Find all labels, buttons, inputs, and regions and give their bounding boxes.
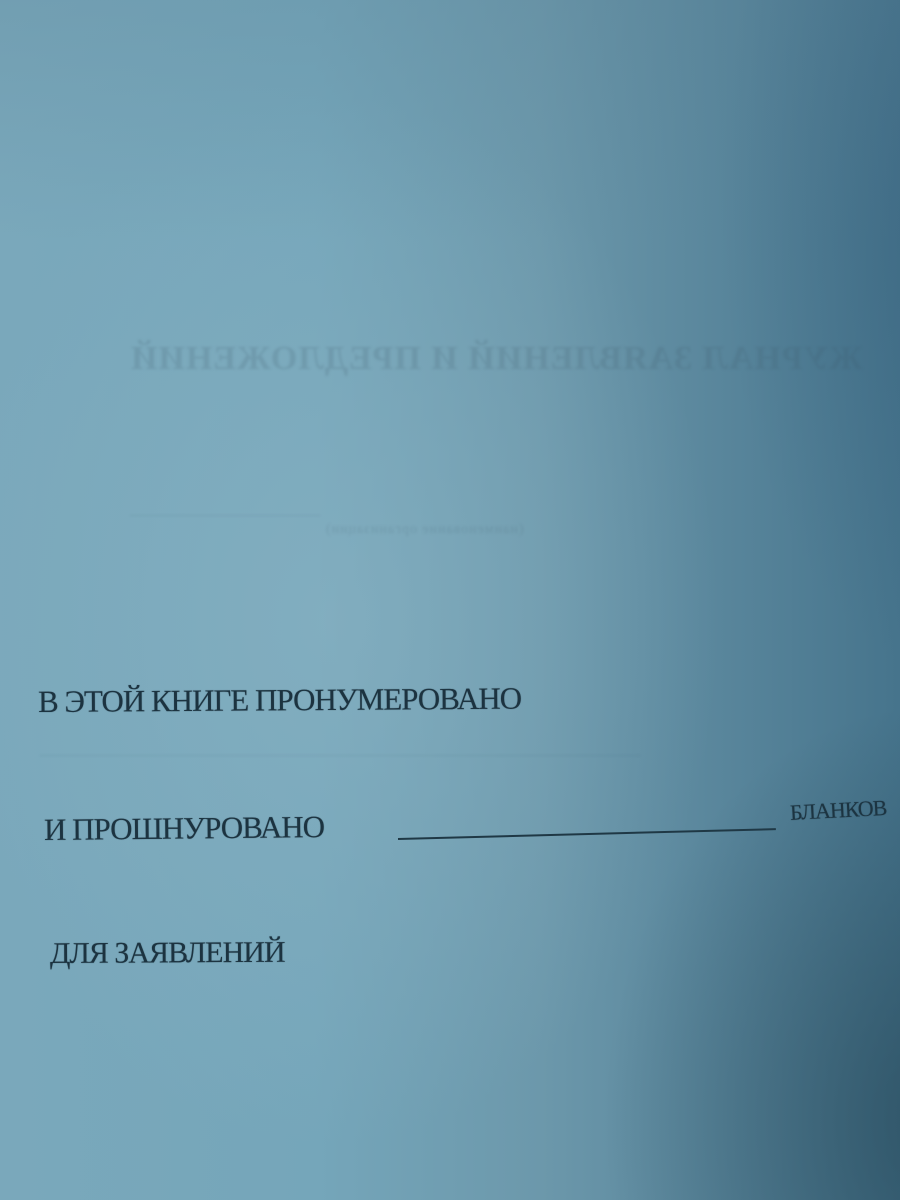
bleed-through-rule	[40, 755, 640, 756]
bleed-through-title: ЖУРНАЛ ЗАЯВЛЕНИЙ И ПРЕДЛОЖЕНИЙ	[130, 340, 863, 378]
for-applications-label: ДЛЯ ЗАЯВЛЕНИЙ	[50, 936, 285, 971]
bleed-through-rule	[130, 515, 320, 516]
numbered-statement: В ЭТОЙ КНИГЕ ПРОНУМЕРОВАНО	[38, 681, 521, 720]
bleed-through-subtitle: (наименование организации)	[325, 522, 524, 538]
blank-count-field[interactable]	[398, 828, 776, 840]
document-page: ЖУРНАЛ ЗАЯВЛЕНИЙ И ПРЕДЛОЖЕНИЙ (наименов…	[0, 0, 900, 1200]
blanks-label: БЛАНКОВ	[789, 795, 887, 826]
laced-statement-label: И ПРОШНУРОВАНО	[44, 809, 324, 848]
